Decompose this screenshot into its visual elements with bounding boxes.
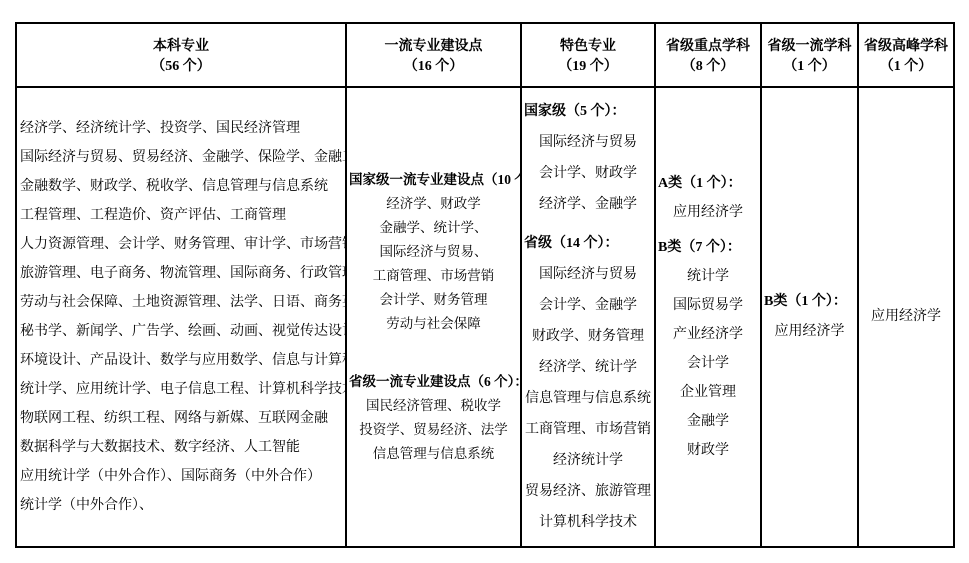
header-title: 本科专业	[153, 37, 209, 57]
group-national-points: 国家级一流专业建设点（10 个）： 经济学、财政学 金融学、统计学、 国际经济与…	[347, 168, 520, 336]
cell-first-class-points: 国家级一流专业建设点（10 个）： 经济学、财政学 金融学、统计学、 国际经济与…	[347, 88, 522, 546]
major-item: 信息管理与信息系统	[347, 442, 520, 466]
major-line: 金融数学、财政学、税收学、信息管理与信息系统	[17, 172, 345, 201]
group-class-b: B类（7 个）： 统计学 国际贸易学 产业经济学 会计学 企业管理 金融学 财政…	[656, 233, 760, 465]
header-title: 省级高峰学科	[864, 37, 948, 57]
major-item: 经济学、金融学	[522, 189, 654, 220]
major-item: 工商管理、市场营销	[522, 414, 654, 445]
major-item: 劳动与社会保障	[347, 312, 520, 336]
header-count: （19 个）	[558, 57, 618, 77]
major-line: 工程管理、工程造价、资产评估、工商管理	[17, 201, 345, 230]
major-item: 投资学、贸易经济、法学	[347, 418, 520, 442]
major-line: 人力资源管理、会计学、财务管理、审计学、市场营销	[17, 230, 345, 259]
header-key-disciplines: 省级重点学科 （8 个）	[656, 24, 762, 86]
major-item: 财政学、财务管理	[522, 321, 654, 352]
header-count: （8 个）	[682, 57, 735, 77]
cell-undergrad-majors: 经济学、经济统计学、投资学、国民经济管理 国际经济与贸易、贸易经济、金融学、保险…	[17, 88, 347, 546]
discipline-item: 国际贸易学	[656, 291, 760, 320]
major-line: 统计学、应用统计学、电子信息工程、计算机科学技术	[17, 375, 345, 404]
major-line: 经济学、经济统计学、投资学、国民经济管理	[17, 114, 345, 143]
group-heading: 国家级（5 个）：	[522, 96, 654, 127]
major-line: 物联网工程、纺织工程、网络与新媒、互联网金融	[17, 404, 345, 433]
group-provincial-points: 省级一流专业建设点（6 个）： 国民经济管理、税收学 投资学、贸易经济、法学 信…	[347, 370, 520, 466]
group-heading: 省级（14 个）：	[522, 228, 654, 259]
table-body-row: 经济学、经济统计学、投资学、国民经济管理 国际经济与贸易、贸易经济、金融学、保险…	[17, 88, 953, 546]
discipline-item: 统计学	[656, 262, 760, 291]
discipline-item: 应用经济学	[859, 302, 953, 332]
group-heading: B类（7 个）：	[656, 233, 760, 262]
cell-peak-discipline: 应用经济学	[859, 88, 953, 546]
major-item: 国际经济与贸易	[522, 127, 654, 158]
major-line: 秘书学、新闻学、广告学、绘画、动画、视觉传达设计	[17, 317, 345, 346]
major-item: 国际经济与贸易、	[347, 240, 520, 264]
group-heading: A类（1 个）：	[656, 169, 760, 198]
header-first-class-discipline: 省级一流学科 （1 个）	[762, 24, 859, 86]
header-count: （1 个）	[880, 57, 933, 77]
cell-first-class-discipline: B类（1 个）： 应用经济学	[762, 88, 859, 546]
major-item: 会计学、金融学	[522, 290, 654, 321]
major-item: 计算机科学技术	[522, 507, 654, 538]
major-item: 工商管理、市场营销	[347, 264, 520, 288]
group-provincial-featured: 省级（14 个）： 国际经济与贸易 会计学、金融学 财政学、财务管理 经济学、统…	[522, 228, 654, 538]
group-national-featured: 国家级（5 个）： 国际经济与贸易 会计学、财政学 经济学、金融学	[522, 96, 654, 220]
group-heading: 省级一流专业建设点（6 个）：	[347, 370, 520, 394]
cell-key-disciplines: A类（1 个）： 应用经济学 B类（7 个）： 统计学 国际贸易学 产业经济学 …	[656, 88, 762, 546]
major-line: 数据科学与大数据技术、数字经济、人工智能	[17, 433, 345, 462]
discipline-item: 产业经济学	[656, 320, 760, 349]
header-count: （56 个）	[151, 57, 211, 77]
header-title: 一流专业建设点	[385, 37, 483, 57]
header-count: （1 个）	[783, 57, 836, 77]
header-title: 省级重点学科	[666, 37, 750, 57]
header-title: 特色专业	[560, 37, 616, 57]
major-line: 环境设计、产品设计、数学与应用数学、信息与计算科学	[17, 346, 345, 375]
discipline-item: 金融学	[656, 407, 760, 436]
header-undergrad-majors: 本科专业 （56 个）	[17, 24, 347, 86]
header-first-class-points: 一流专业建设点 （16 个）	[347, 24, 522, 86]
discipline-item: 应用经济学	[656, 198, 760, 227]
major-line: 旅游管理、电子商务、物流管理、国际商务、行政管理	[17, 259, 345, 288]
majors-disciplines-table: 本科专业 （56 个） 一流专业建设点 （16 个） 特色专业 （19 个） 省…	[15, 22, 955, 548]
major-item: 经济学、统计学	[522, 352, 654, 383]
major-line: 统计学（中外合作）、	[17, 491, 345, 520]
major-item: 国民经济管理、税收学	[347, 394, 520, 418]
cell-featured-majors: 国家级（5 个）： 国际经济与贸易 会计学、财政学 经济学、金融学 省级（14 …	[522, 88, 656, 546]
major-item: 信息管理与信息系统	[522, 383, 654, 414]
group-heading: B类（1 个）：	[762, 287, 857, 317]
major-item: 经济统计学	[522, 445, 654, 476]
major-item: 会计学、财务管理	[347, 288, 520, 312]
major-item: 经济学、财政学	[347, 192, 520, 216]
discipline-item: 应用经济学	[762, 317, 857, 347]
major-item: 贸易经济、旅游管理	[522, 476, 654, 507]
group-class-a: A类（1 个）： 应用经济学	[656, 169, 760, 227]
group-heading: 国家级一流专业建设点（10 个）：	[347, 168, 520, 192]
discipline-item: 企业管理	[656, 378, 760, 407]
header-count: （16 个）	[404, 57, 464, 77]
major-line: 国际经济与贸易、贸易经济、金融学、保险学、金融工程	[17, 143, 345, 172]
major-item: 会计学、财政学	[522, 158, 654, 189]
major-item: 金融学、统计学、	[347, 216, 520, 240]
header-featured-majors: 特色专业 （19 个）	[522, 24, 656, 86]
major-line: 应用统计学（中外合作）、国际商务（中外合作）	[17, 462, 345, 491]
major-item: 国际经济与贸易	[522, 259, 654, 290]
table-header-row: 本科专业 （56 个） 一流专业建设点 （16 个） 特色专业 （19 个） 省…	[17, 24, 953, 88]
major-line: 劳动与社会保障、土地资源管理、法学、日语、商务英语	[17, 288, 345, 317]
discipline-item: 财政学	[656, 436, 760, 465]
header-peak-discipline: 省级高峰学科 （1 个）	[859, 24, 953, 86]
header-title: 省级一流学科	[768, 37, 852, 57]
discipline-item: 会计学	[656, 349, 760, 378]
